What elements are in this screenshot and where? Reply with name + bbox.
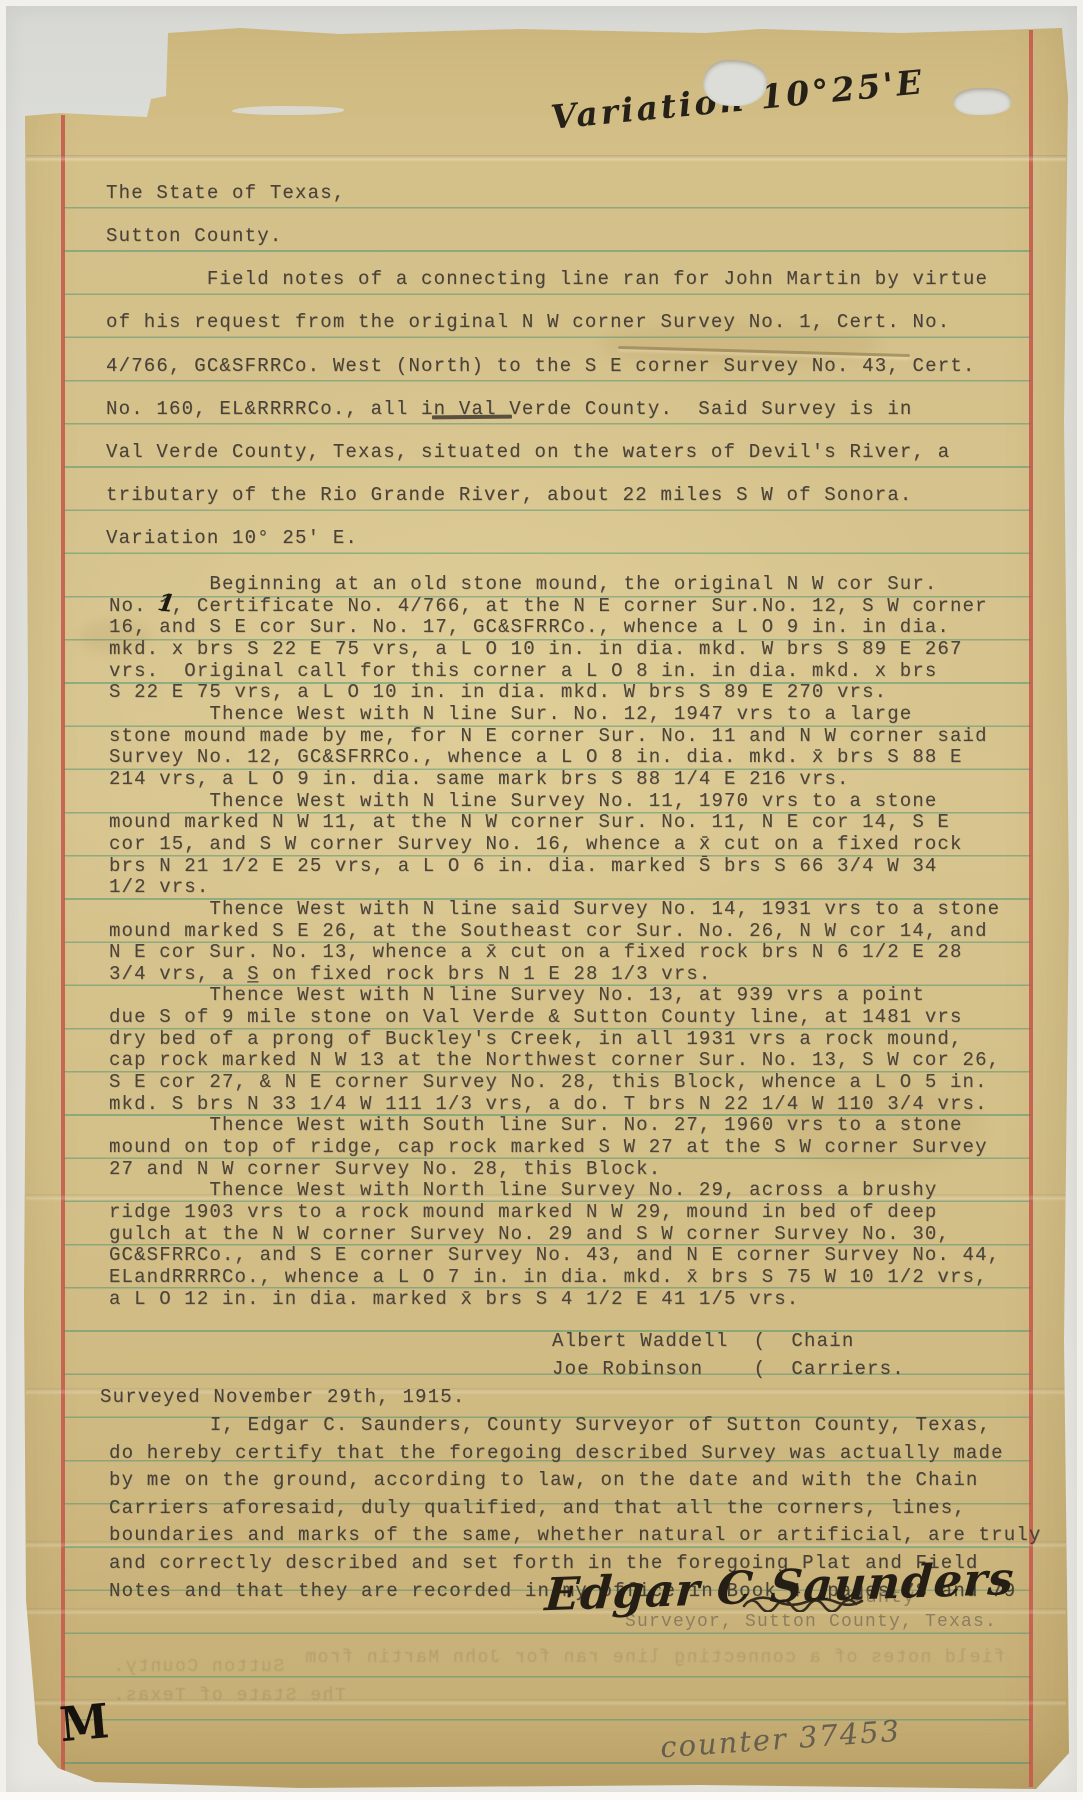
bleed-through-text: Sutton County. xyxy=(112,1657,284,1677)
typed-line: 1/2 vrs. xyxy=(109,877,1000,899)
typed-line: dry bed of a prong of Buckley's Creek, i… xyxy=(109,1029,1000,1051)
typed-line: 4/766, GC&SFRRCo. West (North) to the S … xyxy=(106,345,988,388)
typed-line: mkd. x brs S 22 E 75 vrs, a L O 10 in. i… xyxy=(109,639,1000,661)
typed-line: S E cor 27, & N E corner Survey No. 28, … xyxy=(109,1072,1000,1094)
typed-line: stone mound made by me, for N E corner S… xyxy=(109,726,1000,748)
typed-line: of his request from the original N W cor… xyxy=(106,301,988,344)
typed-line: Thence West with N line Survey No. 11, 1… xyxy=(109,791,1000,813)
typed-line: I, Edgar C. Saunders, County Surveyor of… xyxy=(109,1412,1042,1440)
typed-line: tributary of the Rio Grande River, about… xyxy=(106,474,988,517)
typed-line: Beginning at an old stone mound, the ori… xyxy=(109,574,1000,596)
scan-edge-strip xyxy=(0,1792,1083,1800)
document-paper: Variation 10°25'E The State of Texas,Sut… xyxy=(0,0,1083,1800)
torn-punch-hole xyxy=(703,60,767,106)
typed-line: Sutton County. xyxy=(106,215,988,258)
typed-line: mound on top of ridge, cap rock marked S… xyxy=(109,1137,1000,1159)
typed-line: cor 15, and S W corner Survey No. 16, wh… xyxy=(109,834,1000,856)
chain-carriers-block: Albert Waddell ( ChainJoe Robinson ( Car… xyxy=(552,1328,905,1383)
left-margin-line xyxy=(61,115,65,1787)
torn-fold-gap xyxy=(232,106,344,115)
typed-line: 3/4 vrs, a S̲ on fixed rock brs N 1 E 28… xyxy=(109,964,1000,986)
signature-scribble xyxy=(742,1594,870,1612)
typed-line: mound marked S E 26, at the Southeast co… xyxy=(109,921,1000,943)
handwritten-m-mark: M xyxy=(58,1694,111,1753)
bleed-through-text: The State of Texas. xyxy=(112,1686,346,1706)
fold-crease xyxy=(26,155,1066,162)
typed-line: Thence West with North line Survey No. 2… xyxy=(109,1180,1000,1202)
typed-line: Joe Robinson ( Carriers. xyxy=(552,1356,905,1384)
typed-line: N E cor Sur. No. 13, whence a x̄ cut on … xyxy=(109,942,1000,964)
typed-line: Albert Waddell ( Chain xyxy=(552,1328,905,1356)
typed-line: vrs. Original call for this corner a L O… xyxy=(109,661,1000,683)
typed-line: Thence West with N line said Survey No. … xyxy=(109,899,1000,921)
typed-line: S 22 E 75 vrs, a L O 10 in. in dia. mkd.… xyxy=(109,682,1000,704)
field-notes-body: Beginning at an old stone mound, the ori… xyxy=(109,574,1000,1310)
typed-line: No. 160, EL&RRRRCo., all in Val Verde Co… xyxy=(106,388,988,431)
typed-line: Val Verde County, Texas, situated on the… xyxy=(106,431,988,474)
pen-underline-mark xyxy=(432,415,512,420)
typed-line: Variation 10° 25' E. xyxy=(106,517,988,560)
typed-line: Carriers aforesaid, duly qualified, and … xyxy=(109,1495,1042,1523)
typed-line: 214 vrs, a L O 9 in. dia. same mark brs … xyxy=(109,769,1000,791)
bleed-through-text: field notes of a connecting line ran for… xyxy=(430,1648,1005,1668)
typed-line: mkd. S brs N 33 1/4 W 111 1/3 vrs, a do.… xyxy=(109,1094,1000,1116)
typed-line: Survey No. 12, GC&SFRRCo., whence a L O … xyxy=(109,747,1000,769)
typed-line: Thence West with N line Sur. No. 12, 194… xyxy=(109,704,1000,726)
scanned-document-page: { "colors": { "paper": "#d5c28c", "mat_b… xyxy=(0,0,1083,1800)
torn-punch-hole xyxy=(953,88,1011,115)
typed-line: brs N 21 1/2 E 25 vrs, a L O 6 in. dia. … xyxy=(109,856,1000,878)
typed-line: ELandRRRRCo., whence a L O 7 in. in dia.… xyxy=(109,1267,1000,1289)
surveyed-date-line: Surveyed November 29th, 1915. xyxy=(100,1386,465,1408)
typed-line: cap rock marked N W 13 at the Northwest … xyxy=(109,1050,1000,1072)
typed-line: Thence West with South line Sur. No. 27,… xyxy=(109,1115,1000,1137)
typed-line: 27 and N W corner Survey No. 28, this Bl… xyxy=(109,1159,1000,1181)
typed-line: GC&SFRRCo., and S E corner Survey No. 43… xyxy=(109,1245,1000,1267)
typed-line: The State of Texas, xyxy=(106,172,988,215)
typed-line: boundaries and marks of the same, whethe… xyxy=(109,1522,1042,1550)
typed-line: due S of 9 mile stone on Val Verde & Sut… xyxy=(109,1007,1000,1029)
typed-line: gulch at the N W corner Survey No. 29 an… xyxy=(109,1224,1000,1246)
typed-line: ridge 1903 vrs to a rock mound marked N … xyxy=(109,1202,1000,1224)
typed-line: 16, and S E cor Sur. No. 17, GC&SFRRCo.,… xyxy=(109,617,1000,639)
typed-line: do hereby certify that the foregoing des… xyxy=(109,1440,1042,1468)
typed-line: by me on the ground, according to law, o… xyxy=(109,1467,1042,1495)
typed-line: Thence West with N line Survey No. 13, a… xyxy=(109,985,1000,1007)
typed-line: mound marked N W 11, at the N W corner S… xyxy=(109,812,1000,834)
typed-line: a L O 12 in. in dia. marked x̄ brs S 4 1… xyxy=(109,1289,1000,1311)
typed-line: Field notes of a connecting line ran for… xyxy=(106,258,988,301)
opening-paragraph: The State of Texas,Sutton County. Field … xyxy=(106,172,988,560)
typed-line: No. 1, Certificate No. 4/766, at the N E… xyxy=(109,596,1000,618)
